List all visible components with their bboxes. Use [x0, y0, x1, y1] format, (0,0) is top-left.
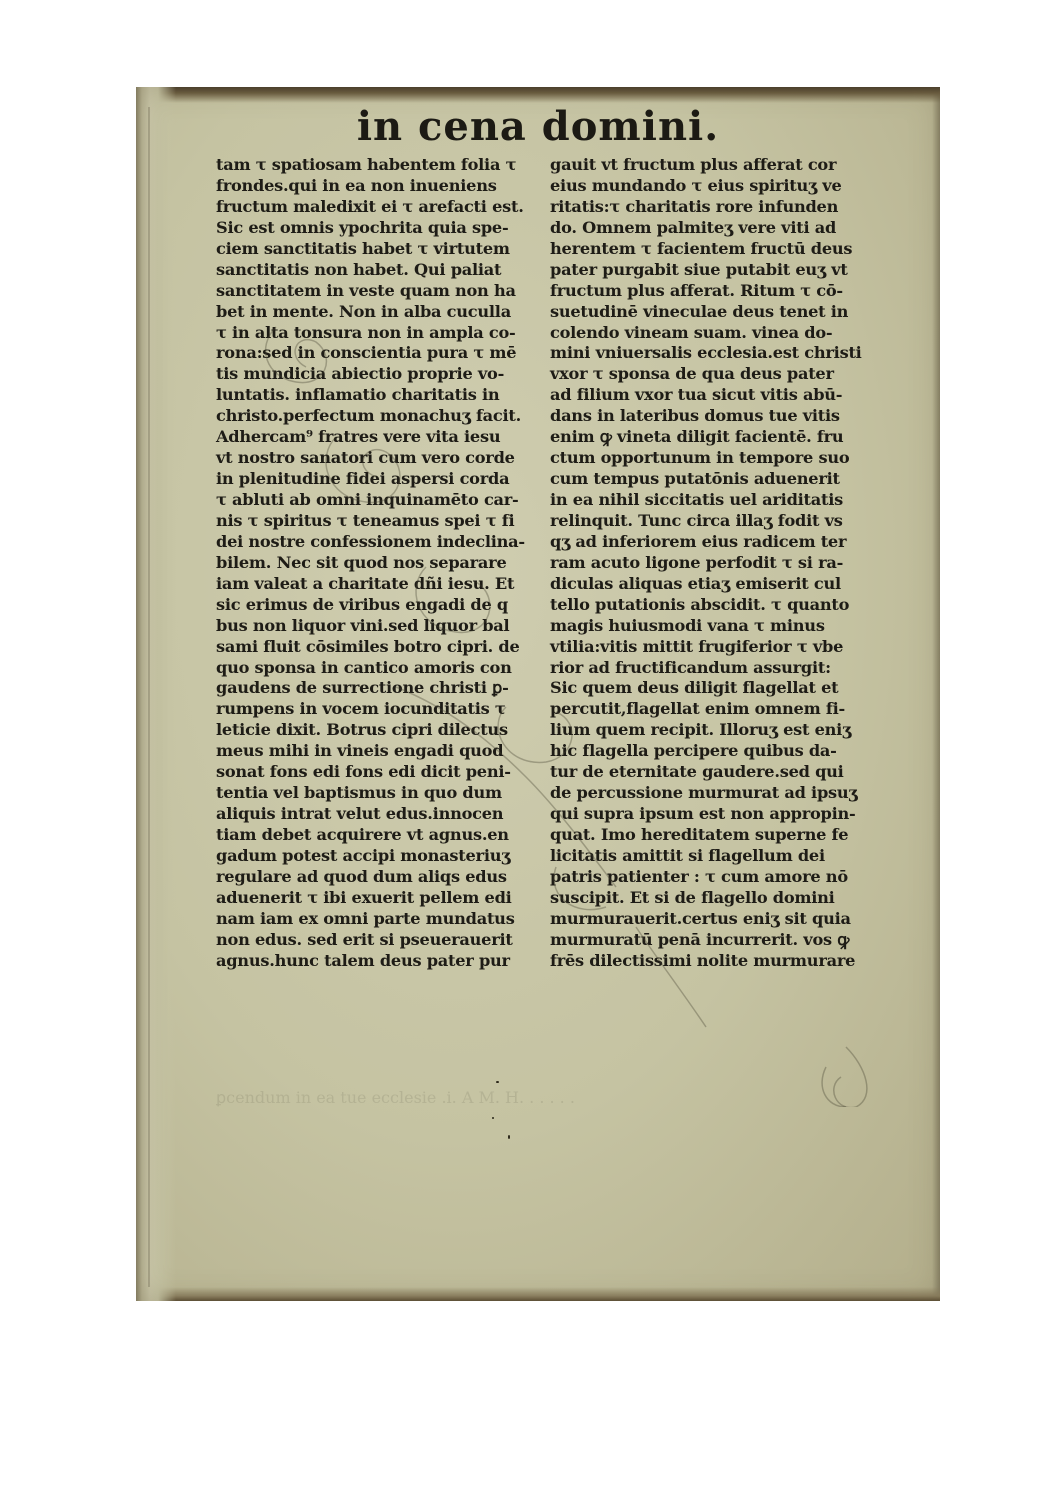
text-line: mini vniuersalis ecclesia.est christi [550, 343, 884, 364]
text-line: relinquit. Tunc circa illaʒ fodit vs [550, 511, 884, 532]
text-line: bus non liquor vini.sed liquor bal [216, 616, 546, 637]
text-line: leticie dixit. Botrus cipri dilectus [216, 720, 546, 741]
text-line: luntatis. inflamatio charitatis in [216, 385, 546, 406]
text-line: vxor τ sponsa de qua deus pater [550, 364, 884, 385]
text-line: regulare ad quod dum aliqs edus [216, 867, 546, 888]
text-line: gauit vt fructum plus afferat cor [550, 155, 884, 176]
text-line: tiam debet acquirere vt agnus.en [216, 825, 546, 846]
text-line: fructum maledixit ei τ arefacti est. [216, 197, 546, 218]
text-line: sonat fons edi fons edi dicit peni- [216, 762, 546, 783]
text-line: quat. Imo hereditatem superne fe [550, 825, 884, 846]
text-line: magis huiusmodi vana τ minus [550, 616, 884, 637]
text-line: tis mundicia abiectio proprie vo- [216, 364, 546, 385]
text-line: vtilia:vitis mittit frugiferior τ vbe [550, 637, 884, 658]
text-line: non edus. sed erit si pseuerauerit [216, 930, 546, 951]
text-line: ad filium vxor tua sicut vitis abū- [550, 385, 884, 406]
text-line: tentia vel baptismus in quo dum [216, 783, 546, 804]
text-line: gaudens de surrectione christi ꝑ- [216, 678, 546, 699]
text-line: ciem sanctitatis habet τ virtutem [216, 239, 546, 260]
text-line: enim ꝙ vineta diligit facientē. fru [550, 427, 884, 448]
text-line: τ abluti ab omni inquinamēto car- [216, 490, 546, 511]
text-line: aliquis intrat velut edus.innocen [216, 804, 546, 825]
text-line: vt nostro sanatori cum vero corde [216, 448, 546, 469]
text-line: licitatis amittit si flagellum dei [550, 846, 884, 867]
manuscript-page-scan: in cena domini. tam τ spatiosam habentem… [136, 87, 940, 1301]
ink-speck [508, 1135, 510, 1139]
text-line: murmuratū penā incurrerit. vos ꝙ [550, 930, 884, 951]
text-line: ritatis:τ charitatis rore infunden [550, 197, 884, 218]
text-line: rona:sed in conscientia pura τ mē [216, 343, 546, 364]
text-line: fructum plus afferat. Ritum τ cō- [550, 281, 884, 302]
text-line: Sic quem deus diligit flagellat et [550, 678, 884, 699]
text-line: sami fluit cōsimiles botro cipri. de [216, 637, 546, 658]
text-line: qui supra ipsum est non appropin- [550, 804, 884, 825]
text-column-right: gauit vt fructum plus afferat cor eius m… [550, 155, 884, 972]
text-line: bet in mente. Non in alba cuculla [216, 302, 546, 323]
text-line: rumpens in vocem iocunditatis τ [216, 699, 546, 720]
text-line: nam iam ex omni parte mundatus [216, 909, 546, 930]
text-line: tam τ spatiosam habentem folia τ [216, 155, 546, 176]
text-line: tello putationis abscidit. τ quanto [550, 595, 884, 616]
text-line: agnus.hunc talem deus pater pur [216, 951, 546, 972]
text-line: aduenerit τ ibi exuerit pellem edi [216, 888, 546, 909]
text-line: dei nostre confessionem indeclina- [216, 532, 546, 553]
text-line: hic flagella percipere quibus da- [550, 741, 884, 762]
text-line: colendo vineam suam. vinea do- [550, 323, 884, 344]
text-line: diculas aliquas etiaʒ emiserit cul [550, 574, 884, 595]
text-line: tur de eternitate gaudere.sed qui [550, 762, 884, 783]
text-line: sanctitatis non habet. Qui paliat [216, 260, 546, 281]
text-line: Sic est omnis ypochrita quia spe- [216, 218, 546, 239]
text-line: gadum potest accipi monasteriuʒ [216, 846, 546, 867]
text-line: suetudinē vineculae deus tenet in [550, 302, 884, 323]
text-line: dans in lateribus domus tue vitis [550, 406, 884, 427]
text-line: frēs dilectissimi nolite murmurare [550, 951, 884, 972]
text-line: suscipit. Et si de flagello domini [550, 888, 884, 909]
text-line: τ in alta tonsura non in ampla co- [216, 323, 546, 344]
text-line: Adhercam⁹ fratres vere vita iesu [216, 427, 546, 448]
text-line: qʒ ad inferiorem eius radicem ter [550, 532, 884, 553]
text-line: meus mihi in vineis engadi quod [216, 741, 546, 762]
text-line: percutit,flagellat enim omnem fi- [550, 699, 884, 720]
text-line: nis τ spiritus τ teneamus spei τ fi [216, 511, 546, 532]
text-line: patris patienter : τ cum amore nō [550, 867, 884, 888]
running-head: in cena domini. [136, 103, 940, 150]
text-line: iam valeat a charitate dñi iesu. Et [216, 574, 546, 595]
text-line: quo sponsa in cantico amoris con [216, 658, 546, 679]
text-line: do. Omnem palmiteʒ vere viti ad [550, 218, 884, 239]
text-line: lium quem recipit. Illoruʒ est eniʒ [550, 720, 884, 741]
text-column-left: tam τ spatiosam habentem folia τ frondes… [216, 155, 546, 972]
bleed-through-text: ꝑcendum in ea tue ecclesie .i. A M. H. .… [216, 1088, 884, 1110]
text-line: frondes.qui in ea non inueniens [216, 176, 546, 197]
text-line: ctum opportunum in tempore suo [550, 448, 884, 469]
text-line: in ea nihil siccitatis uel ariditatis [550, 490, 884, 511]
text-line: eius mundando τ eius spirituʒ ve [550, 176, 884, 197]
text-line: sic erimus de viribus engadi de q [216, 595, 546, 616]
ink-speck [492, 1117, 494, 1119]
text-line: ram acuto ligone perfodit τ si ra- [550, 553, 884, 574]
text-line: murmurauerit.certus eniʒ sit quia [550, 909, 884, 930]
text-line: sanctitatem in veste quam non ha [216, 281, 546, 302]
text-line: cum tempus putatōnis aduenerit [550, 469, 884, 490]
ink-speck [496, 1081, 499, 1083]
text-line: bilem. Nec sit quod nos separare [216, 553, 546, 574]
text-line: rior ad fructificandum assurgit: [550, 658, 884, 679]
text-line: in plenitudine fidei aspersi corda [216, 469, 546, 490]
text-line: herentem τ facientem fructū deus [550, 239, 884, 260]
text-line: de percussione murmurat ad ipsuʒ [550, 783, 884, 804]
text-line: christo.perfectum monachuʒ facit. [216, 406, 546, 427]
page-gutter-shadow [148, 107, 150, 1287]
text-line: pater purgabit siue putabit euʒ vt [550, 260, 884, 281]
